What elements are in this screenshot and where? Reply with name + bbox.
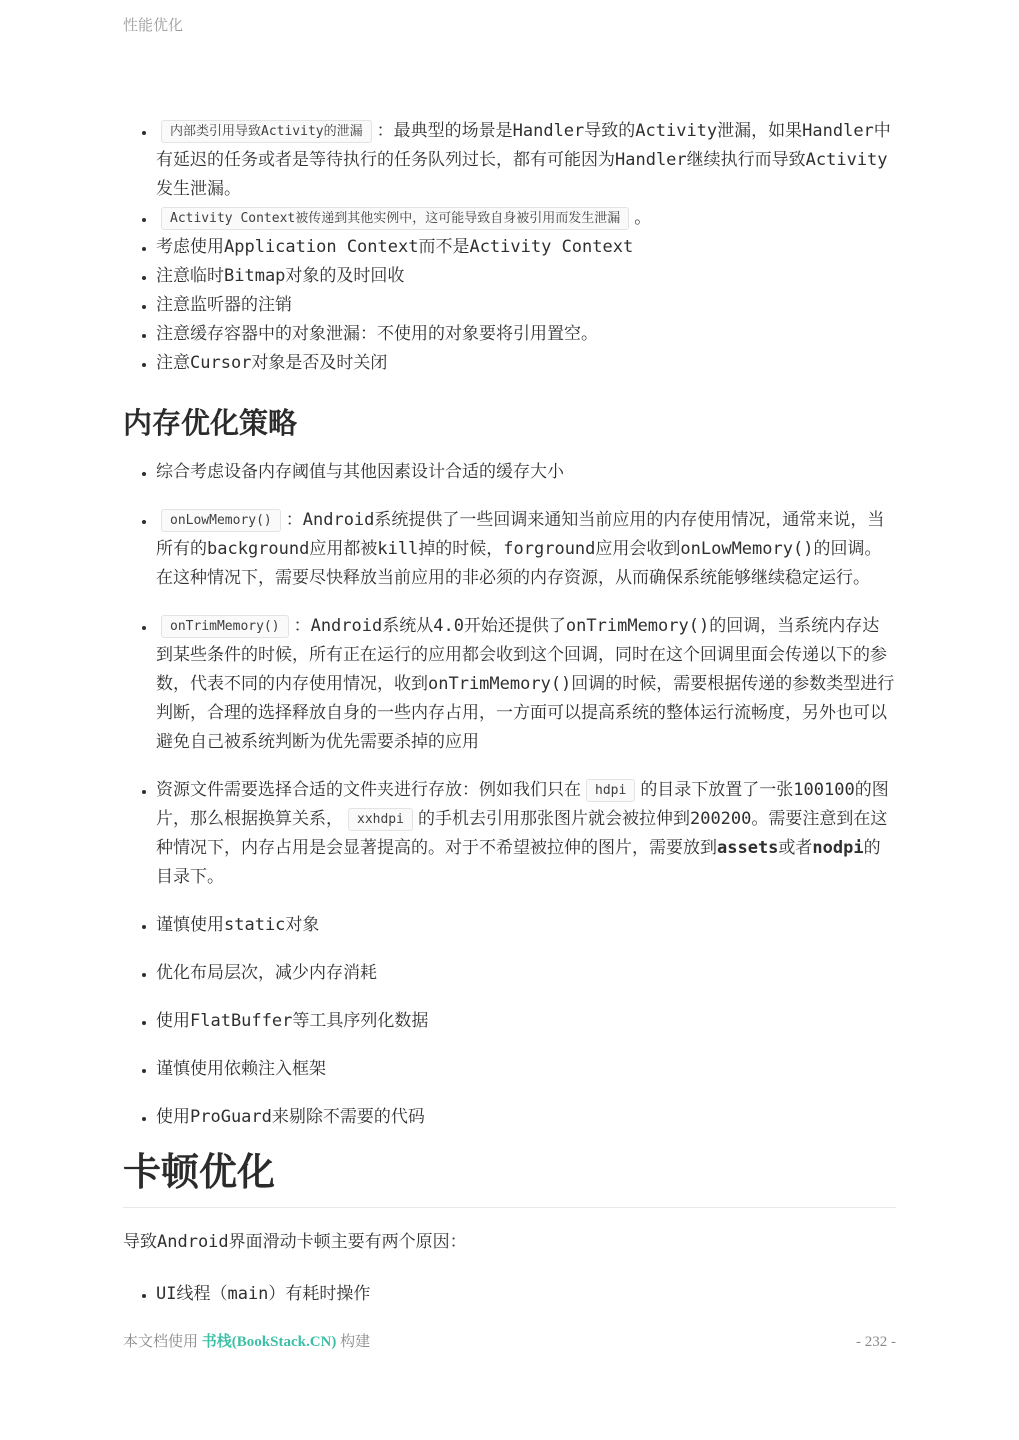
bookstack-link[interactable]: 书栈(BookStack.CN) [202, 1334, 337, 1350]
jank-optimization-heading: 卡顿优化 [123, 1151, 896, 1208]
inline-code-chip: Activity Context被传递到其他实例中，这可能导致自身被引用而发生泄… [161, 207, 629, 230]
list-item: 谨慎使用static对象 [156, 911, 896, 940]
page-number: - 232 - [856, 1334, 896, 1351]
list-item: onLowMemory()：Android系统提供了一些回调来通知当前应用的内存… [156, 506, 896, 593]
list-item: 优化布局层次，减少内存消耗 [156, 959, 896, 988]
list-item: 使用FlatBuffer等工具序列化数据 [156, 1007, 896, 1036]
jank-intro-paragraph: 导致Android界面滑动卡顿主要有两个原因： [123, 1228, 896, 1257]
text-run: 谨慎使用依赖注入框架 [156, 1059, 326, 1079]
memory-leak-causes-list: 内部类引用导致Activity的泄漏：最典型的场景是Handler导致的Acti… [123, 117, 896, 378]
text-run: 注意Cursor对象是否及时关闭 [156, 353, 387, 373]
text-run: 考虑使用Application Context而不是Activity Conte… [156, 237, 633, 257]
list-item: 资源文件需要选择合适的文件夹进行存放：例如我们只在hdpi的目录下放置了一张10… [156, 776, 896, 892]
text-run: 综合考虑设备内存阈值与其他因素设计合适的缓存大小 [156, 462, 564, 482]
list-item: 注意Cursor对象是否及时关闭 [156, 349, 896, 378]
text-run: 优化布局层次，减少内存消耗 [156, 963, 377, 983]
text-run: 使用ProGuard来剔除不需要的代码 [156, 1107, 425, 1127]
list-item: 注意缓存容器中的对象泄漏：不使用的对象要将引用置空。 [156, 320, 896, 349]
list-item: 考虑使用Application Context而不是Activity Conte… [156, 233, 896, 262]
bold-text: assets [717, 838, 778, 858]
list-item: 使用ProGuard来剔除不需要的代码 [156, 1103, 896, 1132]
list-item: 注意监听器的注销 [156, 291, 896, 320]
memory-optimization-heading: 内存优化策略 [123, 404, 896, 444]
text-run: 注意临时Bitmap对象的及时回收 [156, 266, 404, 286]
list-item: 内部类引用导致Activity的泄漏：最典型的场景是Handler导致的Acti… [156, 117, 896, 204]
text-run: 资源文件需要选择合适的文件夹进行存放：例如我们只在 [156, 780, 581, 800]
list-item: 注意临时Bitmap对象的及时回收 [156, 262, 896, 291]
document-page: 性能优化 内部类引用导致Activity的泄漏：最典型的场景是Handler导致… [0, 0, 1019, 1440]
page-footer: 本文档使用 书栈(BookStack.CN) 构建 - 232 - [123, 1330, 896, 1351]
inline-code-chip: 内部类引用导致Activity的泄漏 [161, 120, 372, 143]
text-run: 谨慎使用static对象 [156, 915, 319, 935]
list-item: onTrimMemory()：Android系统从4.0开始还提供了onTrim… [156, 612, 896, 757]
text-run: 使用FlatBuffer等工具序列化数据 [156, 1011, 428, 1031]
jank-causes-list: UI线程（main）有耗时操作 [123, 1280, 896, 1309]
list-item: 综合考虑设备内存阈值与其他因素设计合适的缓存大小 [156, 458, 896, 487]
list-item: Activity Context被传递到其他实例中，这可能导致自身被引用而发生泄… [156, 204, 896, 233]
document-content: 内部类引用导致Activity的泄漏：最典型的场景是Handler导致的Acti… [123, 0, 896, 1309]
bold-text: nodpi [812, 838, 863, 858]
text-run: 注意缓存容器中的对象泄漏：不使用的对象要将引用置空。 [156, 324, 598, 344]
list-item: UI线程（main）有耗时操作 [156, 1280, 896, 1309]
text-run: UI线程（main）有耗时操作 [156, 1284, 370, 1304]
footer-credit-suffix: 构建 [336, 1334, 370, 1350]
memory-strategy-list: 综合考虑设备内存阈值与其他因素设计合适的缓存大小onLowMemory()：An… [123, 458, 896, 1132]
inline-code-chip: onLowMemory() [161, 509, 281, 532]
footer-credit: 本文档使用 书栈(BookStack.CN) 构建 [123, 1330, 370, 1351]
inline-code-chip: xxhdpi [348, 808, 413, 831]
text-run: 或者 [778, 838, 812, 858]
text-run: 。 [634, 208, 651, 228]
inline-code-chip: onTrimMemory() [161, 615, 289, 638]
text-run: 注意监听器的注销 [156, 295, 292, 315]
inline-code-chip: hdpi [586, 779, 635, 802]
list-item: 谨慎使用依赖注入框架 [156, 1055, 896, 1084]
footer-credit-prefix: 本文档使用 [123, 1334, 202, 1350]
